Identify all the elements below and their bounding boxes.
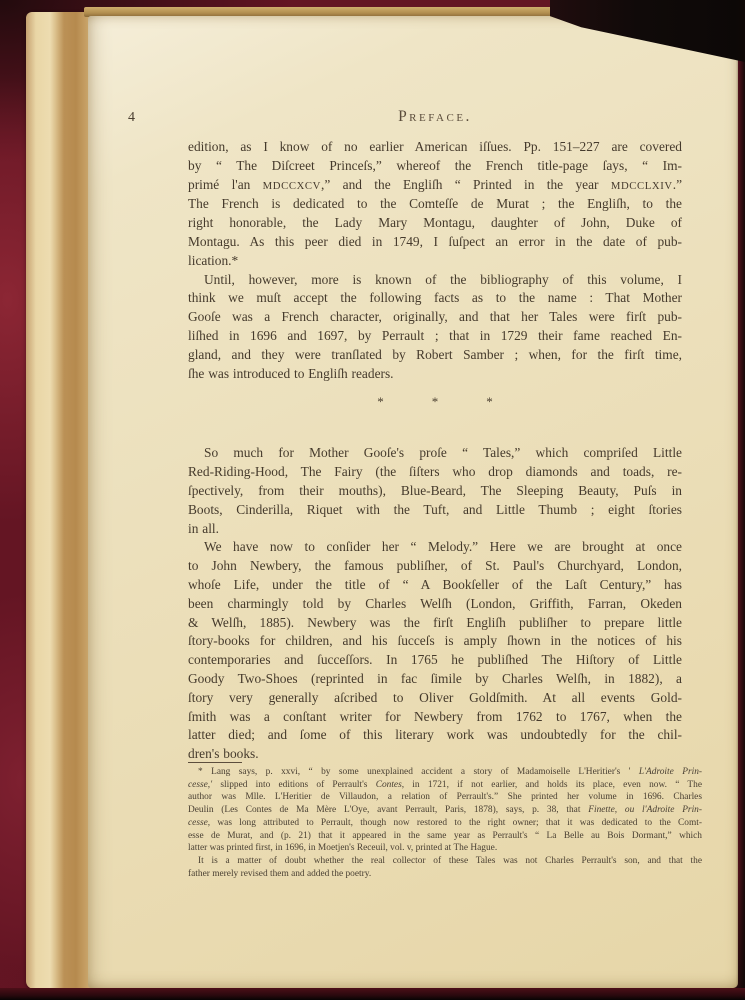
text-line: Montagu. As this peer died in 1749, I ſu… (188, 233, 682, 252)
text-line: Goody Two-Shoes (reprinted in fac ſimile… (188, 670, 682, 689)
text-line: ſhe was introduced to Engliſh readers. (188, 365, 682, 384)
text-line: Gooſe was a French character, originally… (188, 308, 682, 327)
text-line: in all. (188, 520, 682, 539)
section-separator: * * * (188, 393, 682, 412)
italic-title: Finette, ou l'Adroite Prin- (588, 805, 702, 815)
italic-title: L'Adroite Prin- (639, 767, 702, 777)
text-segment: was long attributed to Perrault, though … (210, 818, 702, 828)
footnote-rule (188, 762, 242, 763)
right-edge-shadow (736, 0, 745, 1000)
page-edge-stack (26, 12, 96, 989)
text-line: been charmingly told by Charles Welſh (L… (188, 595, 682, 614)
text-line: whoſe Life, under the title of “ A Bookſ… (188, 576, 682, 595)
italic-title: Contes (376, 780, 402, 790)
roman-numeral: MDCCXCV (263, 180, 321, 192)
text-segment: primé l'an (188, 177, 263, 192)
text-line: Until, however, more is known of the bib… (188, 271, 682, 290)
text-line: Boots, Cinderilla, Riquet with the Tuft,… (188, 501, 682, 520)
footnote-line: author was Mlle. L'Heritier de Villaudon… (188, 791, 702, 804)
text-line: Red-Riding-Hood, The Fairy (the ſiſters … (188, 463, 682, 482)
text-line: to John Newbery, the famous publiſher, o… (188, 557, 682, 576)
text-line: ſtory very generally aſcribed to Oliver … (188, 689, 682, 708)
text-line: ſpectively, from their mouths), Blue-Bea… (188, 482, 682, 501)
text-line: primé l'an MDCCXCV,” and the Engliſh “ P… (188, 176, 682, 196)
text-line: So much for Mother Gooſe's proſe “ Tales… (188, 444, 682, 463)
asterisk: * (377, 393, 384, 412)
text-line: liſhed in 1696 and 1697, by Perrault ; t… (188, 327, 682, 346)
asterisk: * (486, 393, 493, 412)
bottom-edge-shadow (0, 988, 745, 1000)
text-line: & Welſh, 1885). Newbery was the firſt En… (188, 614, 682, 633)
text-segment: slipped into editions of Perrault's (212, 780, 376, 790)
footnote-line: Deulin (Les Contes de Ma Mère L'Oye, ava… (188, 804, 702, 817)
text-line: ſmith was a conſtant writer for Newbery … (188, 708, 682, 727)
text-segment: ,” and the Engliſh “ Printed in the year (321, 177, 611, 192)
text-line: contemporaries and ſucceſſors. In 1765 h… (188, 651, 682, 670)
book-page: 4 Preface. edition, as I know of no earl… (88, 16, 738, 988)
italic-title: cesse, (188, 818, 210, 828)
text-line: lication.* (188, 252, 682, 271)
italic-title: cesse,' (188, 780, 212, 790)
text-segment: , in 1721, if not earlier, and holds its… (402, 780, 702, 790)
footnote-line: latter was printed first, in 1696, in Mo… (188, 842, 702, 855)
text-line: edition, as I know of no earlier America… (188, 138, 682, 157)
footnote: * Lang says, p. xxvi, “ by some unexplai… (188, 762, 702, 880)
text-line: gland, and they were tranſlated by Rober… (188, 346, 682, 365)
body-text: edition, as I know of no earlier America… (188, 138, 682, 764)
text-line: We have now to conſider her “ Melody.” H… (188, 538, 682, 557)
footnote-line: cesse, was long attributed to Perrault, … (188, 817, 702, 830)
footnote-line: father merely revised them and added the… (188, 868, 702, 881)
text-segment: Deulin (Les Contes de Ma Mère L'Oye, ava… (188, 805, 588, 815)
text-segment: * Lang says, p. xxvi, “ by some unexplai… (198, 767, 639, 777)
footnote-line: It is a matter of doubt whether the real… (188, 855, 702, 868)
footnote-line: * Lang says, p. xxvi, “ by some unexplai… (188, 766, 702, 779)
text-line: by “ The Diſcreet Princeſs,” whereof the… (188, 157, 682, 176)
text-segment: .” (673, 177, 682, 192)
roman-numeral: MDCCLXIV (611, 180, 673, 192)
footnote-line: esse de Murat, and (p. 21) that it appea… (188, 830, 702, 843)
running-head: Preface. (188, 108, 682, 126)
text-line: latter died; and ſome of this literary w… (188, 726, 682, 745)
page-number: 4 (128, 110, 136, 126)
footnote-line: cesse,' slipped into editions of Perraul… (188, 779, 702, 792)
text-line: right honorable, the Lady Mary Montagu, … (188, 214, 682, 233)
text-line: The French is dedicated to the Comteſſe … (188, 195, 682, 214)
book-page-photo: 4 Preface. edition, as I know of no earl… (0, 0, 745, 1000)
text-line: ſtory-books for children, and his ſucceſ… (188, 632, 682, 651)
asterisk: * (432, 393, 439, 412)
text-line: think we muſt accept the following facts… (188, 289, 682, 308)
